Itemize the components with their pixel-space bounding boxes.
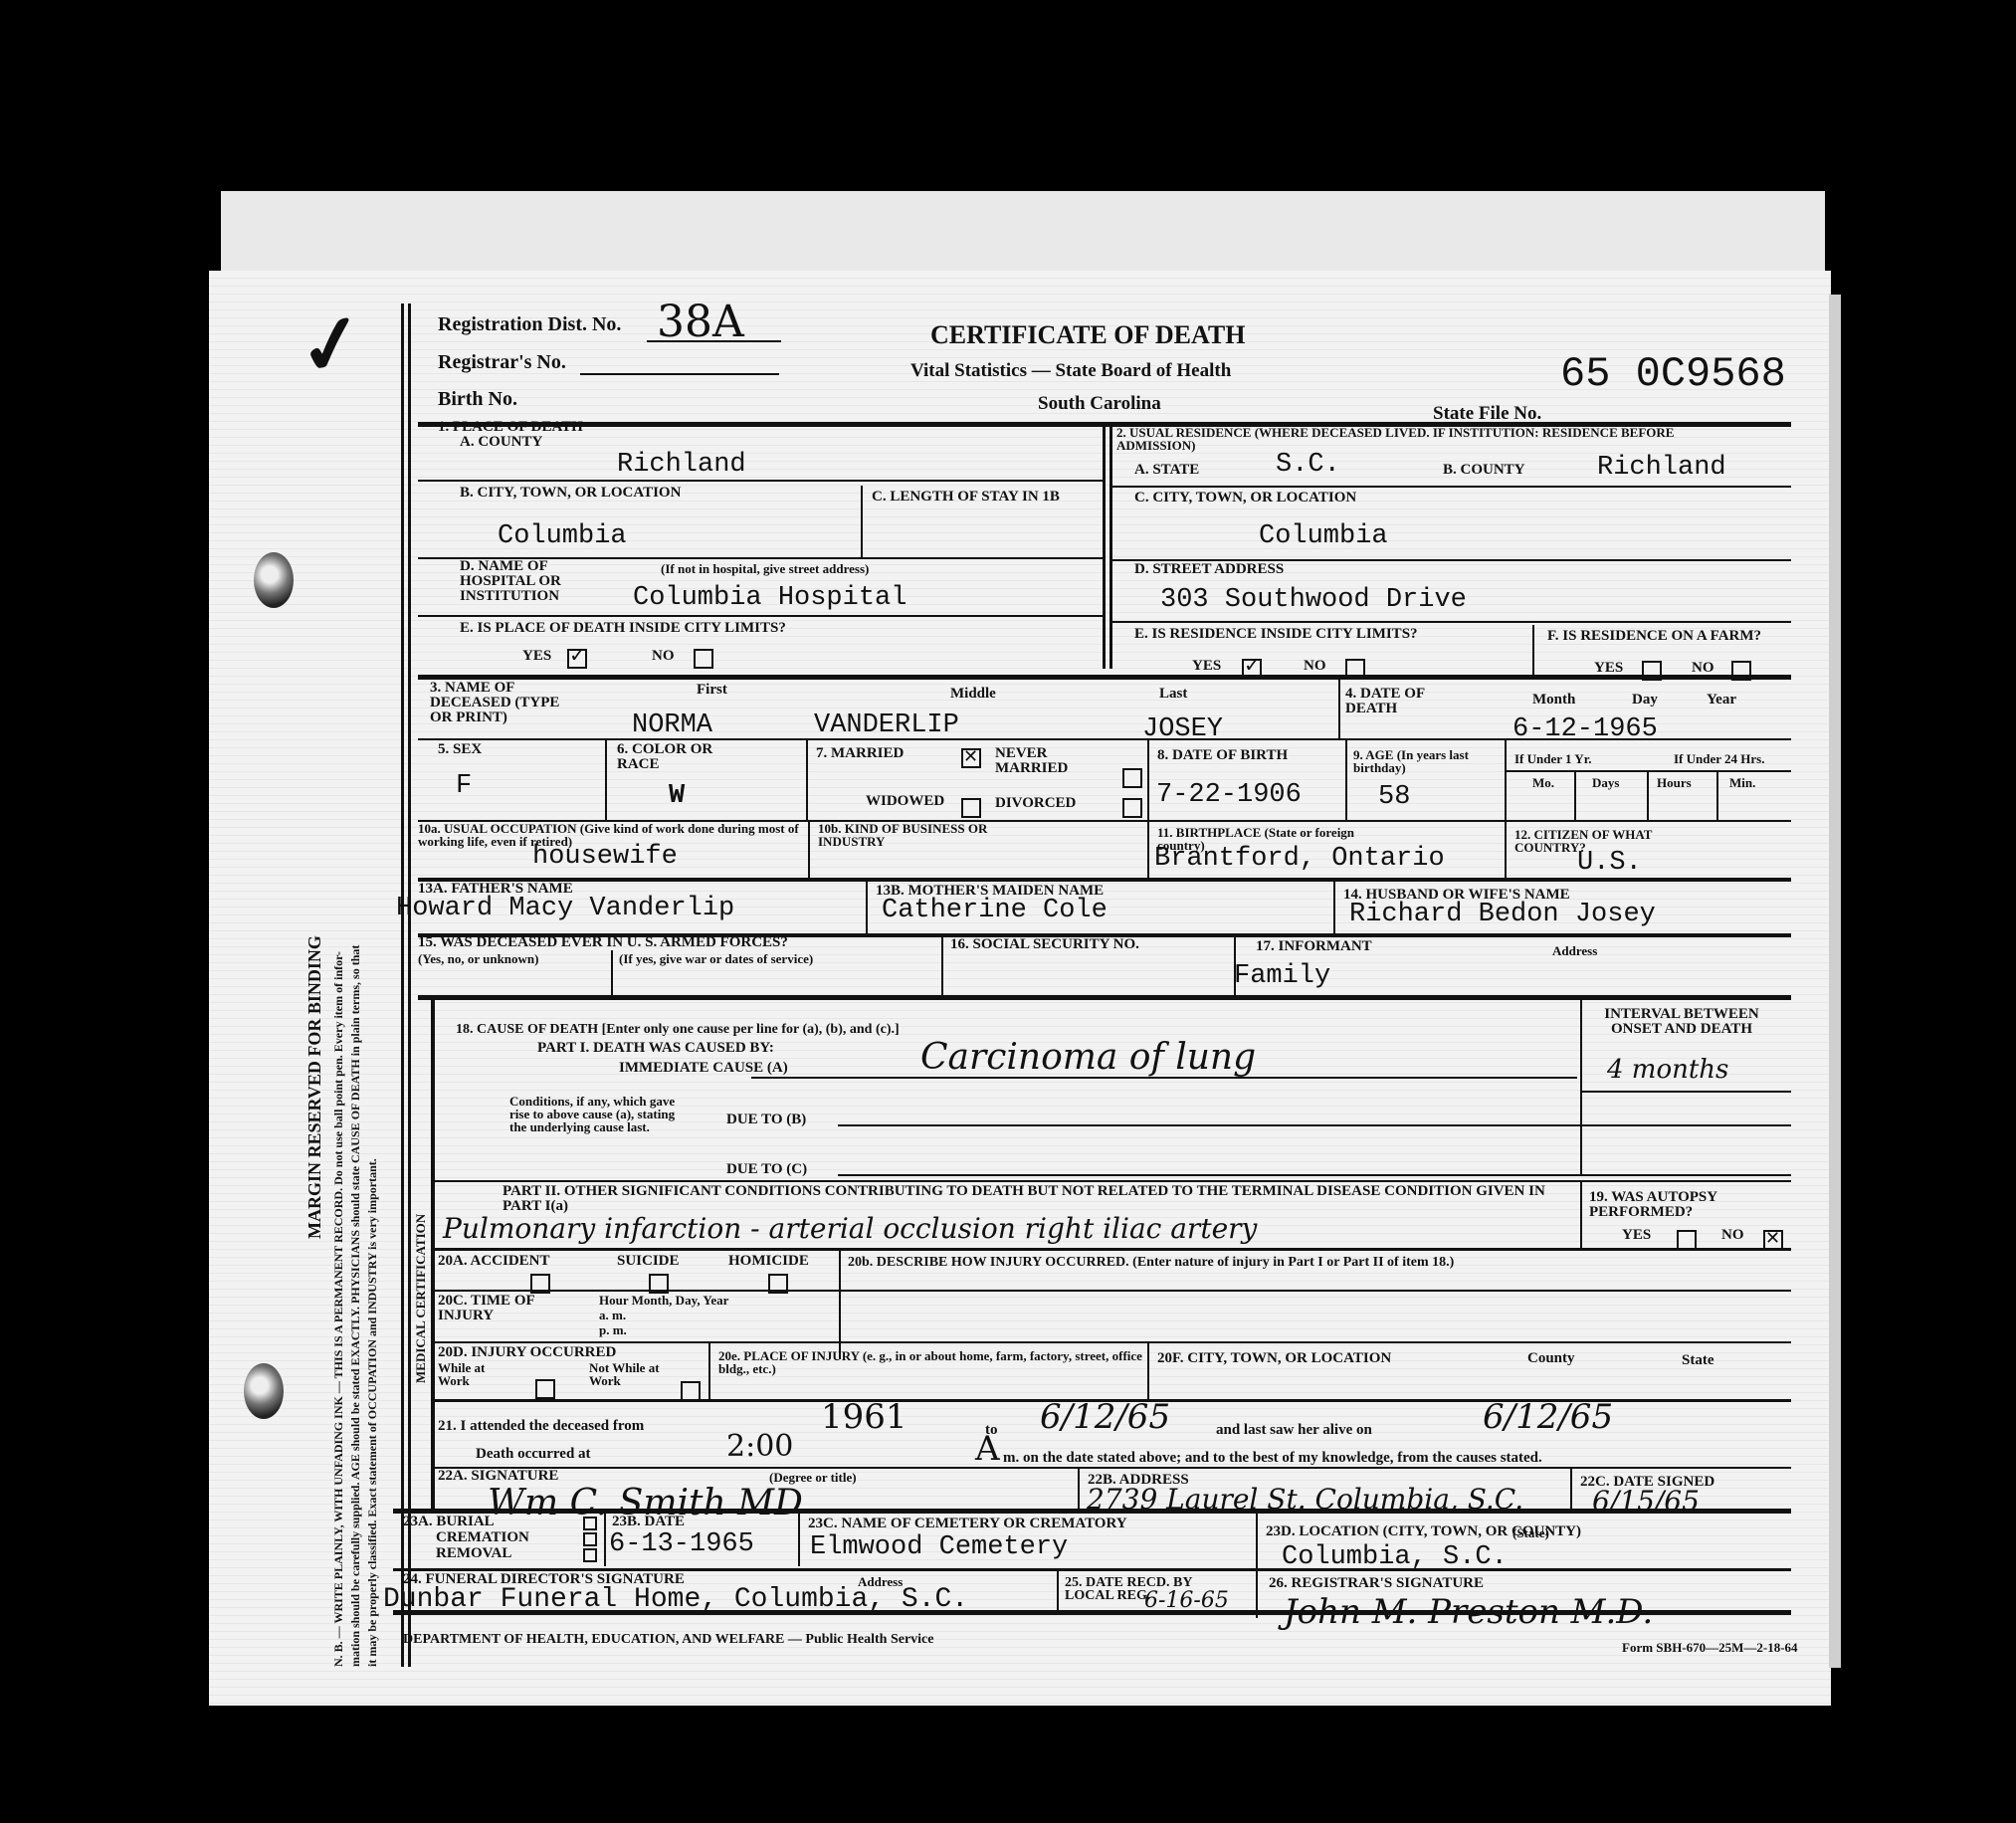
never-married-label: NEVER MARRIED — [995, 746, 1114, 776]
row-rule — [1507, 770, 1791, 772]
married-checkbox[interactable] — [961, 748, 981, 768]
yes-label: YES — [522, 649, 551, 664]
length-of-stay-label: c. LENGTH OF STAY IN 1b — [872, 490, 1071, 505]
column-divider — [1109, 422, 1112, 669]
instructions-line-1: N. B. — WRITE PLAINLY, WITH UNFADING INK… — [331, 951, 346, 1667]
informant-label: 17. INFORMANT — [1256, 939, 1372, 954]
hospital-name: Columbia Hospital — [633, 583, 907, 613]
instructions-line-3: it may be properly classified. Exact sta… — [365, 1158, 380, 1667]
sex: F — [456, 771, 472, 801]
section-rule — [418, 995, 1791, 1000]
informant-address-label: Address — [1552, 943, 1597, 958]
residence-limits-label: e. IS RESIDENCE INSIDE CITY LIMITS? — [1134, 627, 1433, 642]
am-label: a. m. — [599, 1309, 626, 1321]
cell-divider — [1147, 822, 1149, 878]
residence-label: 2. USUAL RESIDENCE (Where deceased lived… — [1116, 426, 1753, 452]
time-of-injury-label: 20c. TIME OF INJURY — [438, 1294, 537, 1323]
yes-label: YES — [1594, 661, 1623, 676]
first-name-label: First — [697, 683, 727, 698]
cell-divider — [1505, 822, 1507, 878]
cemetery-name: Elmwood Cemetery — [810, 1532, 1068, 1562]
binder-hole-icon — [244, 1363, 284, 1419]
medical-certification-label: MEDICAL CERTIFICATION — [413, 1214, 429, 1383]
section-rule — [393, 1610, 1791, 1615]
removal-label: REMOVAL — [436, 1546, 511, 1561]
certificate-title: CERTIFICATE OF DEATH — [930, 320, 1245, 350]
citizenship: U.S. — [1577, 848, 1642, 878]
row-rule — [435, 1467, 1791, 1469]
row-rule — [838, 1174, 1791, 1176]
row-rule — [838, 1124, 1791, 1126]
state-file-number: 65 0C9568 — [1560, 350, 1786, 398]
cremation-checkbox[interactable] — [583, 1532, 597, 1546]
death-county: Richland — [617, 450, 746, 480]
informant: Family — [1234, 961, 1330, 991]
removal-checkbox[interactable] — [583, 1548, 597, 1562]
hospital-label: d. NAME OF HOSPITAL OR INSTITUTION — [460, 559, 609, 604]
location-state-label: (State) — [1512, 1526, 1549, 1539]
burial-label: 23a. BURIAL — [403, 1515, 495, 1529]
pm-label: p. m. — [599, 1323, 627, 1336]
accident-label: 20a. ACCIDENT — [438, 1254, 550, 1269]
medical-border — [431, 997, 435, 1510]
mother-name: Catherine Cole — [882, 896, 1108, 925]
armed-forces-label: 15. WAS DECEASED EVER IN U. S. ARMED FOR… — [418, 935, 788, 950]
days-label: Days — [1592, 776, 1619, 789]
street-address: 303 Southwood Drive — [1160, 585, 1467, 615]
due-to-b-label: DUE TO (b) — [726, 1113, 806, 1127]
cell-divider — [1338, 679, 1340, 738]
paper-edge — [1829, 295, 1841, 1668]
married-label: 7. MARRIED — [816, 746, 904, 761]
time-sub-label: Hour Month, Day, Year — [599, 1294, 728, 1307]
race-label: 6. COLOR OR RACE — [617, 742, 736, 772]
burial-checkbox[interactable] — [583, 1517, 597, 1530]
no-label: NO — [652, 649, 675, 664]
certificate-subtitle: Vital Statistics — State Board of Health — [910, 360, 1231, 382]
name-label: 3. NAME OF DECEASED (Type or print) — [430, 681, 569, 725]
not-while-at-work-checkbox[interactable] — [681, 1381, 701, 1401]
place-of-injury-label: 20e. PLACE OF INJURY (e. g., in or about… — [718, 1349, 1146, 1375]
date-of-birth: 7-22-1906 — [1156, 780, 1302, 810]
interval-label: INTERVAL BETWEEN ONSET AND DEATH — [1592, 1007, 1771, 1037]
part2-label: PART II. OTHER SIGNIFICANT CONDITIONS CO… — [503, 1184, 1567, 1214]
cell-divider — [1716, 772, 1718, 820]
injury-city-label: 20f. CITY, TOWN, OR LOCATION — [1157, 1351, 1391, 1366]
instructions-line-2: mation should be carefully supplied. AGE… — [348, 945, 363, 1667]
yes-label: YES — [1622, 1228, 1651, 1243]
column-divider — [1103, 422, 1106, 669]
birthplace: Brantford, Ontario — [1154, 844, 1445, 874]
row-rule — [751, 1077, 1577, 1079]
cell-divider — [1057, 1570, 1059, 1610]
middle-name: VANDERLIP — [814, 710, 959, 740]
cell-divider — [605, 740, 607, 820]
death-inside-limits-no-checkbox[interactable] — [694, 649, 713, 669]
interval: 4 months — [1607, 1055, 1728, 1085]
occupation: housewife — [532, 842, 678, 872]
disposition-date-label: 23b. DATE — [612, 1515, 685, 1529]
cell-divider — [1333, 882, 1335, 933]
reg-dist-label: Registration Dist. No. — [438, 313, 621, 336]
residence-city: Columbia — [1259, 521, 1388, 551]
cell-divider — [1505, 740, 1507, 820]
row-rule — [435, 1290, 1791, 1292]
armed-forces-sub1: (Yes, no, or unknown) — [418, 952, 539, 965]
cell-divider — [1345, 740, 1347, 820]
injury-county-label: County — [1527, 1351, 1575, 1366]
row-rule — [1112, 486, 1791, 488]
department-footer: DEPARTMENT OF HEALTH, EDUCATION, AND WEL… — [403, 1632, 933, 1647]
months-label: Mo. — [1532, 776, 1554, 789]
cremation-label: CREMATION — [436, 1530, 529, 1545]
ssn-label: 16. SOCIAL SECURITY NO. — [950, 937, 1139, 952]
city-label: b. CITY, TOWN, OR LOCATION — [460, 486, 681, 501]
divorced-checkbox[interactable] — [1122, 798, 1142, 818]
row-rule — [435, 1248, 1791, 1251]
registrar-no-label: Registrar's No. — [438, 351, 566, 374]
cell-divider — [1580, 1180, 1582, 1250]
last-seen-label: and last saw her alive on — [1216, 1423, 1372, 1438]
no-label: NO — [1721, 1228, 1744, 1243]
hours-label: Hours — [1657, 776, 1692, 789]
cell-divider — [1256, 1513, 1258, 1618]
under-24h-label: If Under 24 Hrs. — [1674, 752, 1764, 765]
cell-divider — [1647, 772, 1649, 820]
cell-divider — [1580, 1000, 1582, 1174]
row-rule — [418, 615, 1105, 617]
part1-label: PART I. DEATH WAS CAUSED BY: — [537, 1041, 774, 1056]
race: W — [669, 781, 685, 811]
row-rule — [418, 480, 1105, 482]
middle-name-label: Middle — [950, 687, 996, 702]
autopsy-no-checkbox[interactable] — [1763, 1230, 1783, 1250]
cell-divider — [1574, 772, 1576, 820]
business-label: 10b. KIND OF BUSINESS OR INDUSTRY — [818, 822, 1037, 848]
month-label: Month — [1532, 693, 1575, 708]
dob-label: 8. DATE OF BIRTH — [1157, 748, 1288, 763]
disposition-date: 6-13-1965 — [609, 1529, 754, 1559]
cell-divider — [941, 935, 943, 995]
cell-divider — [866, 882, 868, 933]
armed-forces-sub2: (If yes, give war or dates of service) — [619, 952, 813, 965]
autopsy-yes-checkbox[interactable] — [1677, 1230, 1697, 1250]
border-line — [408, 304, 411, 1667]
underline — [580, 373, 779, 375]
no-label: NO — [1692, 661, 1714, 676]
hospital-note: (If not in hospital, give street address… — [661, 562, 869, 575]
signature-label: 22a. SIGNATURE — [438, 1469, 558, 1484]
no-label: NO — [1304, 659, 1326, 674]
cell-divider — [798, 1513, 800, 1566]
sex-label: 5. SEX — [438, 742, 482, 757]
day-label: Day — [1632, 693, 1658, 708]
autopsy-label: 19. WAS AUTOPSY PERFORMED? — [1589, 1190, 1788, 1220]
under-1yr-label: If Under 1 Yr. — [1514, 752, 1592, 765]
spouse-name: Richard Bedon Josey — [1349, 900, 1656, 929]
suicide-label: SUICIDE — [617, 1254, 680, 1269]
cemetery-label: 23c. NAME OF CEMETERY OR CREMATORY — [808, 1517, 1127, 1531]
attended-from: 1961 — [821, 1397, 907, 1437]
cell-divider — [1570, 1469, 1572, 1509]
yes-label: YES — [1192, 659, 1221, 674]
row-rule — [1112, 621, 1791, 623]
underline — [647, 340, 781, 342]
father-name: Howard Macy Vanderlip — [396, 894, 734, 923]
year-label: Year — [1707, 693, 1736, 708]
never-married-checkbox[interactable] — [1122, 768, 1142, 788]
binding-note: MARGIN RESERVED FOR BINDING — [304, 935, 325, 1239]
cell-divider — [808, 822, 810, 878]
widowed-label: WIDOWED — [866, 794, 944, 809]
death-time: 2:00 — [726, 1429, 793, 1464]
row-rule — [435, 1180, 1791, 1182]
last-seen-date: 6/12/65 — [1483, 1397, 1613, 1437]
row-rule — [418, 738, 1791, 740]
date-of-death-label: 4. DATE OF DEATH — [1345, 687, 1455, 716]
registrar-signature-label: 26. REGISTRAR'S SIGNATURE — [1269, 1576, 1484, 1591]
describe-injury-label: 20b. DESCRIBE HOW INJURY OCCURRED. (Ente… — [848, 1256, 1454, 1269]
divorced-label: DIVORCED — [995, 796, 1076, 811]
last-name-label: Last — [1159, 687, 1187, 702]
county-label: a. COUNTY — [460, 435, 542, 450]
homicide-label: HOMICIDE — [728, 1254, 809, 1269]
due-to-c-label: DUE TO (c) — [726, 1162, 807, 1177]
cell-divider — [1147, 740, 1149, 820]
attended-to: 6/12/65 — [1040, 1397, 1170, 1437]
inside-city-limits-label: e. IS PLACE OF DEATH INSIDE CITY LIMITS? — [460, 621, 786, 636]
border-line — [401, 304, 404, 1667]
state-name: South Carolina — [1038, 393, 1161, 415]
place-of-death-label: 1. PLACE OF DEATH — [438, 420, 583, 435]
section-rule — [393, 1509, 1791, 1514]
age-label: 9. AGE (In years last birthday) — [1353, 748, 1503, 774]
cell-divider — [1147, 1343, 1149, 1399]
back-sheet — [221, 191, 1825, 281]
cell-divider — [861, 486, 863, 557]
section-rule — [418, 675, 1791, 680]
street-label: d. STREET ADDRESS — [1134, 562, 1284, 577]
birth-no-label: Birth No. — [438, 388, 517, 411]
certification-statement: m. on the date stated above; and to the … — [1003, 1451, 1542, 1466]
death-city: Columbia — [498, 521, 627, 551]
cell-divider — [611, 950, 613, 995]
death-inside-limits-yes-checkbox[interactable] — [567, 649, 587, 669]
section-rule — [418, 878, 1791, 882]
conditions-note: Conditions, if any, which gave rise to a… — [509, 1095, 689, 1133]
cell-divider — [806, 740, 808, 820]
other-conditions: Pulmonary infarction - arterial occlusio… — [443, 1212, 1257, 1245]
cell-divider — [708, 1343, 710, 1399]
while-at-work-label: While at Work — [438, 1361, 507, 1387]
minutes-label: Min. — [1729, 776, 1755, 789]
not-while-at-work-label: Not While at Work — [589, 1361, 669, 1387]
cell-divider — [1532, 625, 1534, 675]
immediate-cause-label: IMMEDIATE CAUSE (a) — [619, 1061, 788, 1076]
am-pm: A — [975, 1429, 1000, 1469]
widowed-checkbox[interactable] — [961, 798, 981, 818]
binder-hole-icon — [254, 552, 294, 608]
residence-county: Richland — [1597, 453, 1726, 483]
farm-label: f. IS RESIDENCE ON A FARM? — [1547, 629, 1786, 644]
residence-state: S.C. — [1276, 450, 1340, 480]
residence-city-label: c. CITY, TOWN, OR LOCATION — [1134, 491, 1356, 506]
form-number: Form SBH-670—25M—2-18-64 — [1622, 1640, 1798, 1655]
row-rule — [1582, 1091, 1791, 1093]
immediate-cause: Carcinoma of lung — [920, 1037, 1256, 1078]
injury-occurred-label: 20d. INJURY OCCURRED — [438, 1345, 616, 1360]
death-occurred-label: Death occurred at — [476, 1447, 591, 1462]
cause-of-death-label: 18. CAUSE OF DEATH [Enter only one cause… — [456, 1023, 900, 1036]
residence-county-label: b. COUNTY — [1443, 463, 1525, 478]
row-rule — [435, 1341, 1791, 1343]
age: 58 — [1378, 782, 1410, 812]
cell-divider — [1078, 1469, 1080, 1509]
first-name: NORMA — [632, 710, 712, 740]
cell-divider — [604, 1513, 606, 1566]
attended-label: 21. I attended the deceased from — [438, 1419, 644, 1434]
while-at-work-checkbox[interactable] — [535, 1379, 555, 1399]
residence-state-label: a. STATE — [1134, 463, 1199, 478]
injury-state-label: State — [1682, 1353, 1714, 1368]
